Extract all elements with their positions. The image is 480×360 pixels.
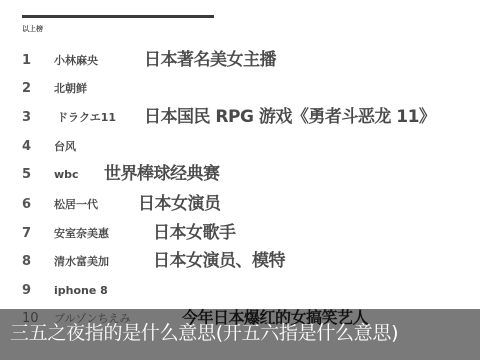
top-divider (22, 15, 214, 18)
ranking-name: 松居一代 (54, 194, 98, 216)
rank-number: 8 (22, 251, 40, 273)
ranking-row: 5 wbc 世界棒球经典赛 (0, 164, 480, 186)
ranking-note: 日本女歌手 (153, 221, 236, 245)
ranking-name: 台风 (54, 136, 76, 158)
ranking-row: 7 安室奈美惠 日本女歌手 (0, 223, 480, 245)
ranking-name: iphone 8 (54, 280, 108, 302)
ranking-name: 北朝鲜 (54, 78, 87, 100)
rank-number: 4 (22, 136, 40, 158)
ranking-note: 日本女演员、模特 (153, 249, 285, 273)
rank-number: 1 (22, 50, 40, 72)
rank-number: 2 (22, 78, 40, 100)
image-caption: 三五之夜指的是什么意思(开五六指是什么意思) (10, 318, 398, 348)
ranking-note: 日本国民 RPG 游戏《勇者斗恶龙 11》 (144, 105, 435, 129)
ranking-note: 日本女演员 (138, 192, 221, 216)
ranking-name: ドラクエ11 (57, 107, 116, 129)
list-header: 以上榜 (22, 24, 43, 34)
ranking-row: 4 台风 (0, 136, 480, 158)
ranking-row: 1 小林麻央 日本著名美女主播 (0, 50, 480, 72)
article-page: 以上榜 1 小林麻央 日本著名美女主播 2 北朝鲜 3 ドラクエ11 日本国民 … (0, 0, 480, 360)
ranking-name: 安室奈美惠 (54, 223, 109, 245)
rank-number: 9 (22, 280, 40, 302)
ranking-row: 9 iphone 8 (0, 280, 480, 302)
ranking-name: wbc (54, 164, 79, 186)
ranking-name: 清水富美加 (54, 251, 109, 273)
ranking-name: 小林麻央 (54, 50, 98, 72)
ranking-row: 6 松居一代 日本女演员 (0, 194, 480, 216)
ranking-note: 日本著名美女主播 (144, 48, 276, 72)
ranking-note: 世界棒球经典赛 (104, 162, 220, 186)
rank-number: 5 (22, 164, 40, 186)
ranking-row: 8 清水富美加 日本女演员、模特 (0, 251, 480, 273)
rank-number: 7 (22, 223, 40, 245)
rank-number: 3 (22, 107, 40, 129)
ranking-row: 2 北朝鲜 (0, 78, 480, 100)
ranking-row: 3 ドラクエ11 日本国民 RPG 游戏《勇者斗恶龙 11》 (0, 107, 480, 129)
rank-number: 6 (22, 194, 40, 216)
